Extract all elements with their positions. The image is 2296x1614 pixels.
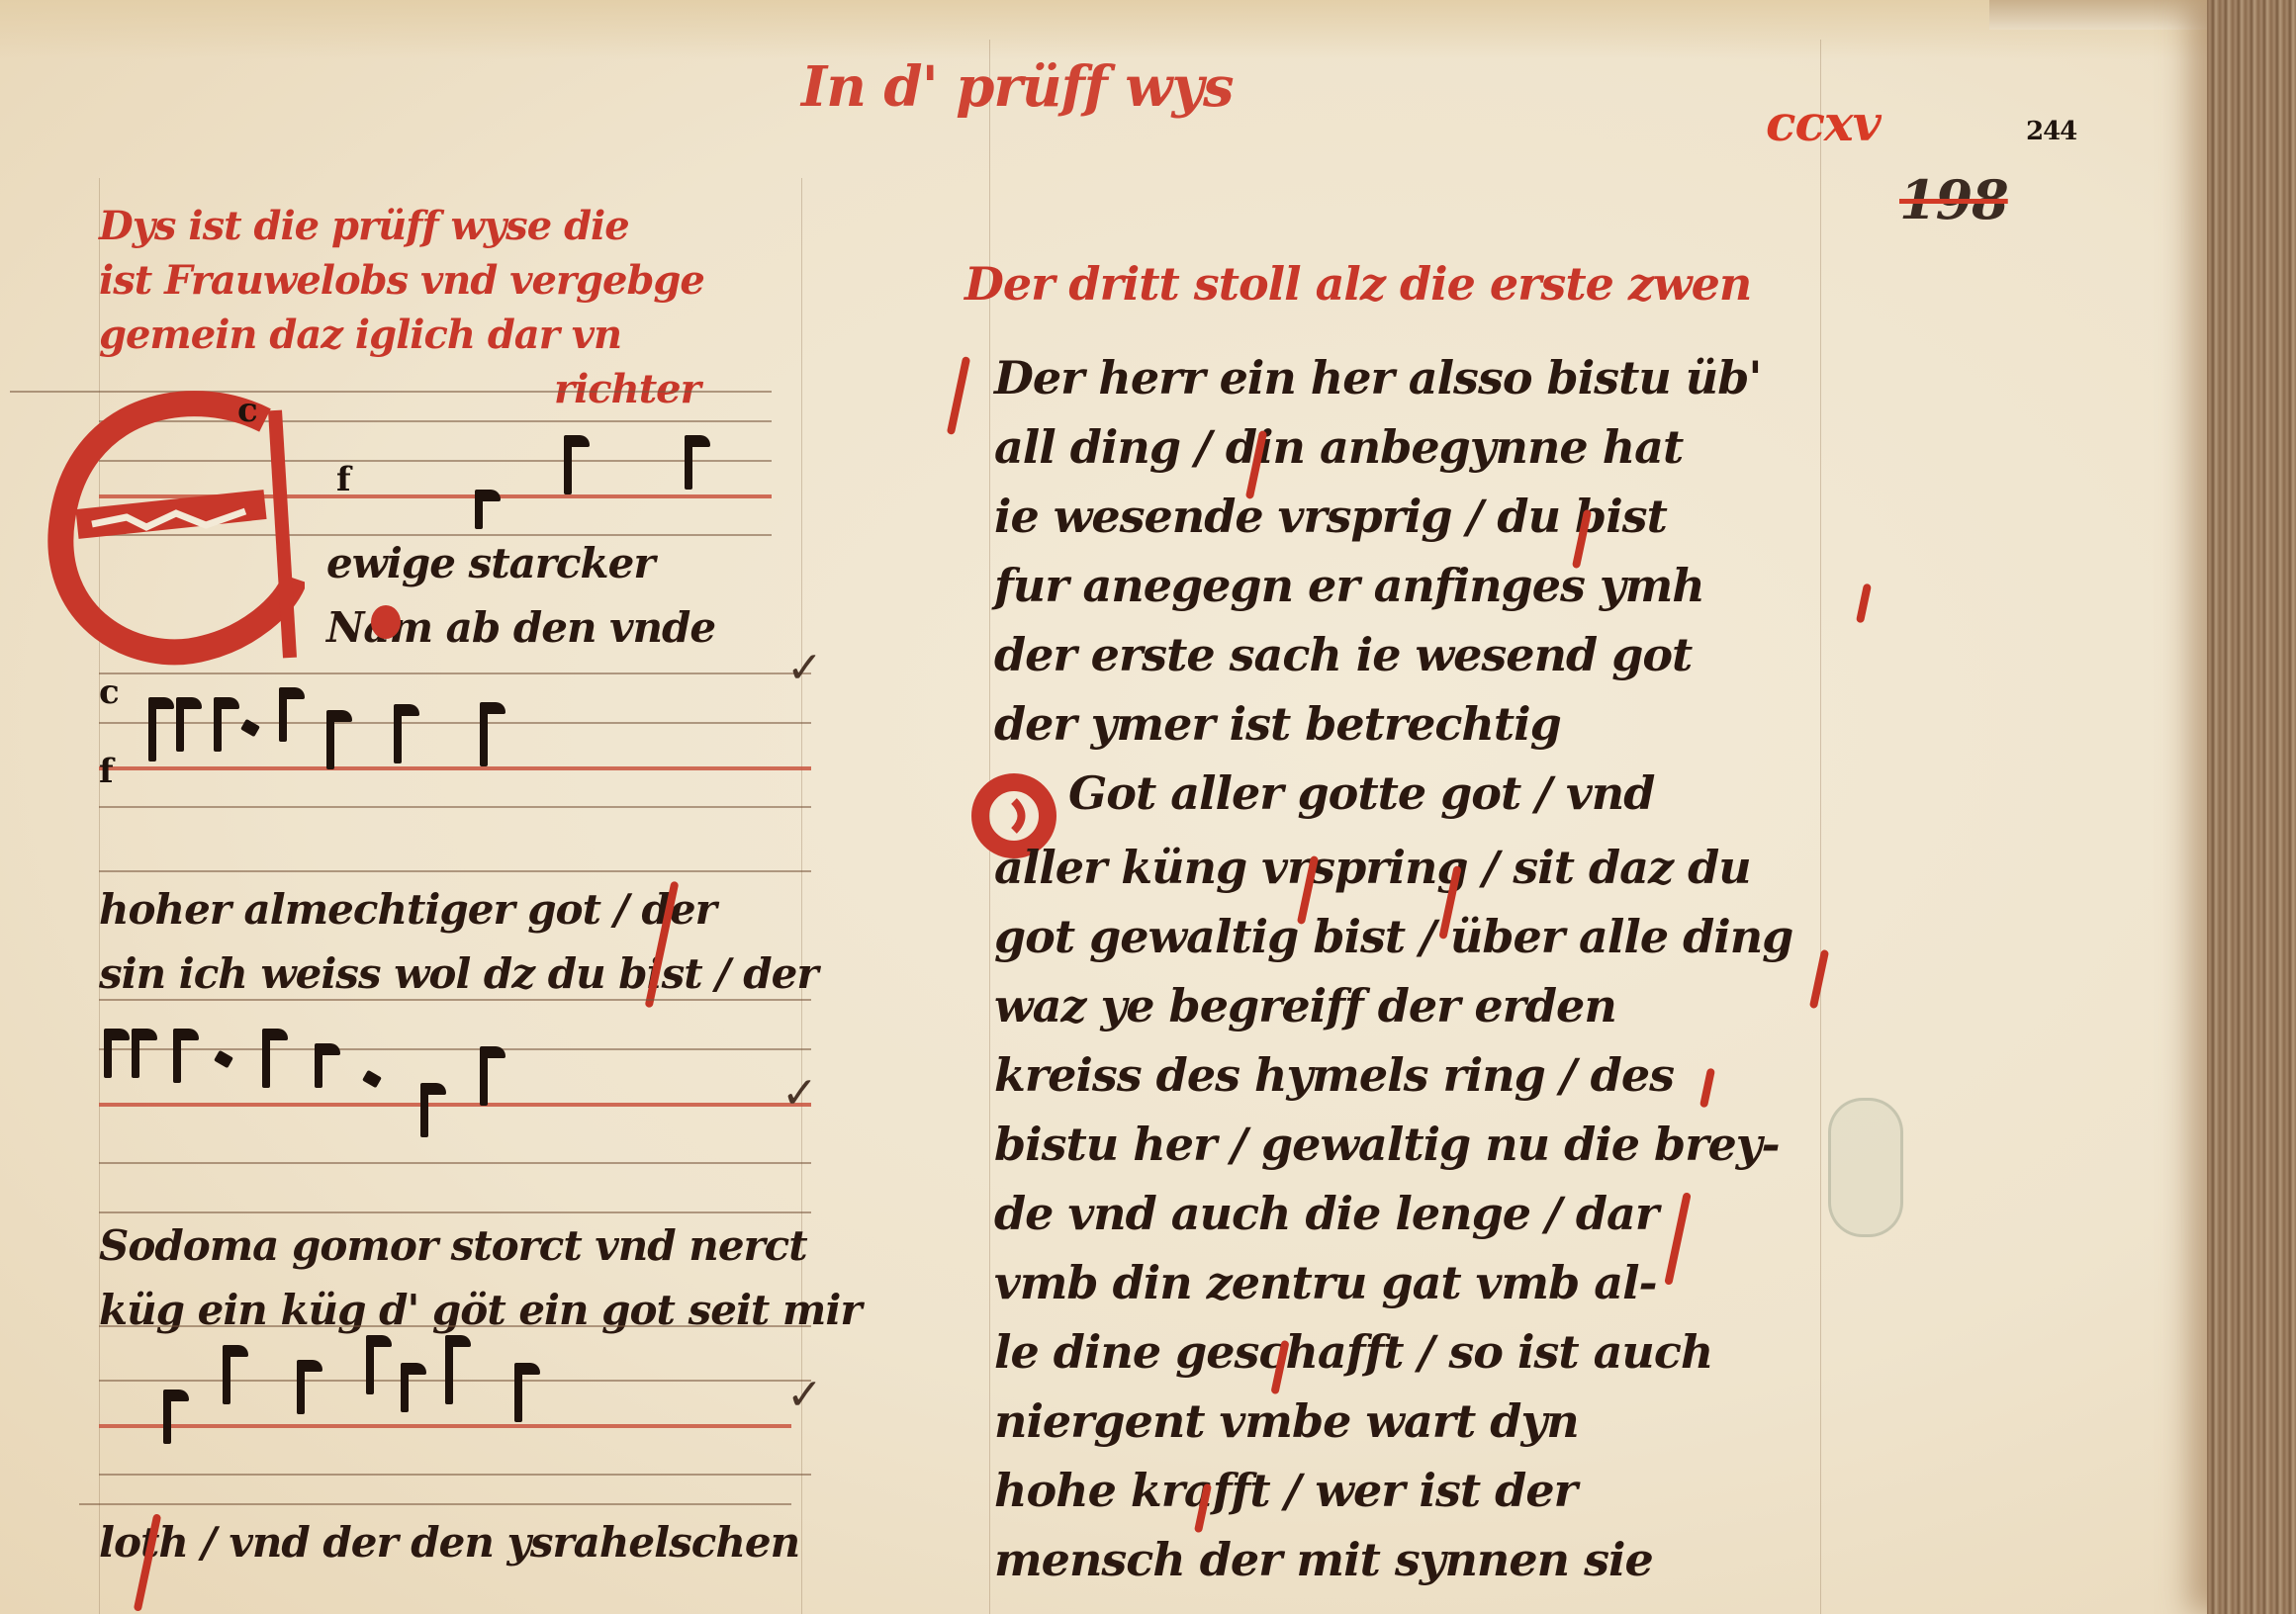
custos-mark: ✓ [786, 1370, 823, 1420]
verse-line: Sodoma gomor storct vnd nerct [99, 1221, 807, 1270]
text-line: all ding / din anbegynne hat [994, 420, 1683, 474]
neume [480, 1046, 488, 1106]
neume-punctum [214, 1050, 233, 1068]
left-rubric-line: gemein daz iglich dar vn [99, 312, 621, 358]
folio-number-arabic: 244 [2026, 117, 2076, 146]
folio-number-roman: ccxv [1766, 94, 1881, 152]
text-line: der ymer ist betrechtig [994, 697, 1561, 751]
decorated-initial-e [38, 391, 305, 668]
red-paraph-mark [1664, 1192, 1692, 1286]
page-corner [1989, 0, 2237, 30]
text-line: fur anegegn er anfinges ymh [994, 559, 1704, 612]
neume [173, 1029, 181, 1083]
text-line: le dine geschafft / so ist auch [994, 1325, 1712, 1379]
neume [564, 435, 572, 494]
clef: f [99, 752, 114, 791]
staff-line-red [99, 766, 811, 770]
staff-line [99, 672, 811, 674]
left-rubric-line: ist Frauwelobs vnd vergebge [99, 257, 704, 304]
red-paraph-mark [1809, 949, 1829, 1009]
staff-line [99, 722, 811, 724]
text-line: bistu her / gewaltig nu die brey- [994, 1118, 1780, 1171]
neume [315, 1043, 322, 1088]
staff-line [99, 806, 811, 808]
text-line: niergent vmbe wart dyn [994, 1394, 1579, 1448]
red-paraph-mark [1699, 1068, 1715, 1109]
staff-line [99, 1162, 811, 1164]
neume [297, 1360, 305, 1414]
staff-line [99, 999, 811, 1001]
text-line: aller küng vrspring / sit daz du [994, 841, 1751, 894]
neume [514, 1363, 522, 1422]
neume [132, 1029, 139, 1078]
clef: f [336, 460, 351, 499]
neume [401, 1363, 409, 1412]
staff-line-red [99, 1424, 791, 1428]
library-stamp-bleedthrough [1828, 1098, 1903, 1237]
right-rubric: Der dritt stoll alz die erste zwen [964, 257, 1751, 311]
staff-line [99, 1474, 811, 1476]
neume [176, 697, 184, 752]
verse-line: hoher almechtiger got / der [99, 885, 716, 934]
text-line: vmb din zentru gat vmb al- [994, 1256, 1657, 1309]
neume [326, 710, 334, 769]
clef: c [237, 391, 258, 430]
text-line: de vnd auch die lenge / dar [994, 1187, 1658, 1240]
red-capital-touch [371, 605, 401, 639]
folio-number-struck: 198 [1899, 168, 2008, 231]
ruling-line [1820, 40, 1821, 1614]
neume [163, 1390, 171, 1444]
clef: c [99, 672, 120, 712]
verse-line: ewige starcker [326, 539, 654, 587]
neume [445, 1335, 453, 1404]
text-line: kreiss des hymels ring / des [994, 1048, 1674, 1102]
staff-line [99, 1325, 811, 1327]
text-line: got gewaltig bist / über alle ding [994, 910, 1792, 963]
text-line: hohe krafft / wer ist der [994, 1464, 1577, 1517]
staff-line [99, 1380, 811, 1382]
staff-line [79, 1503, 791, 1505]
text-line: waz ye begreiff der erden [994, 979, 1616, 1032]
text-line: der erste sach ie wesend got [994, 628, 1692, 681]
red-paraph-mark [947, 356, 970, 435]
staff-line [99, 870, 811, 872]
neume [366, 1335, 374, 1394]
neume-punctum [362, 1070, 382, 1088]
custos-mark: ✓ [786, 643, 823, 693]
text-line: ie wesende vrsprig / du bist [994, 490, 1667, 543]
verse-line: sin ich weiss wol dz du bist / der [99, 949, 817, 998]
left-rubric-line: richter [554, 366, 700, 412]
neume [148, 697, 156, 762]
text-line: mensch der mit synnen sie [994, 1533, 1653, 1586]
text-line: Got aller gotte got / vnd [1068, 766, 1654, 820]
neume [685, 435, 692, 490]
parchment-stain [0, 0, 2226, 59]
neume [420, 1083, 428, 1137]
staff-line [99, 1048, 811, 1050]
neume [223, 1345, 230, 1404]
neume [394, 704, 402, 763]
left-rubric-line: Dys ist die prüff wyse die [99, 203, 629, 249]
book-edge [2207, 0, 2296, 1614]
neume [279, 687, 287, 742]
verse-line: loth / vnd der den ysrahelschen [99, 1518, 799, 1567]
neume [480, 702, 488, 766]
manuscript-page: In d' prüff wys ccxv 244 198 Dys ist die… [0, 0, 2296, 1614]
running-title: In d' prüff wys [801, 54, 1234, 120]
staff-line-red [99, 1103, 811, 1107]
text-line: Der herr ein her alsso bistu üb' [994, 351, 1761, 404]
neume [214, 697, 222, 752]
custos-mark: ✓ [781, 1068, 818, 1119]
neume [262, 1029, 270, 1088]
neume [475, 490, 483, 529]
red-paraph-mark [1856, 583, 1872, 624]
staff-line [99, 1211, 811, 1213]
neume [104, 1029, 112, 1078]
